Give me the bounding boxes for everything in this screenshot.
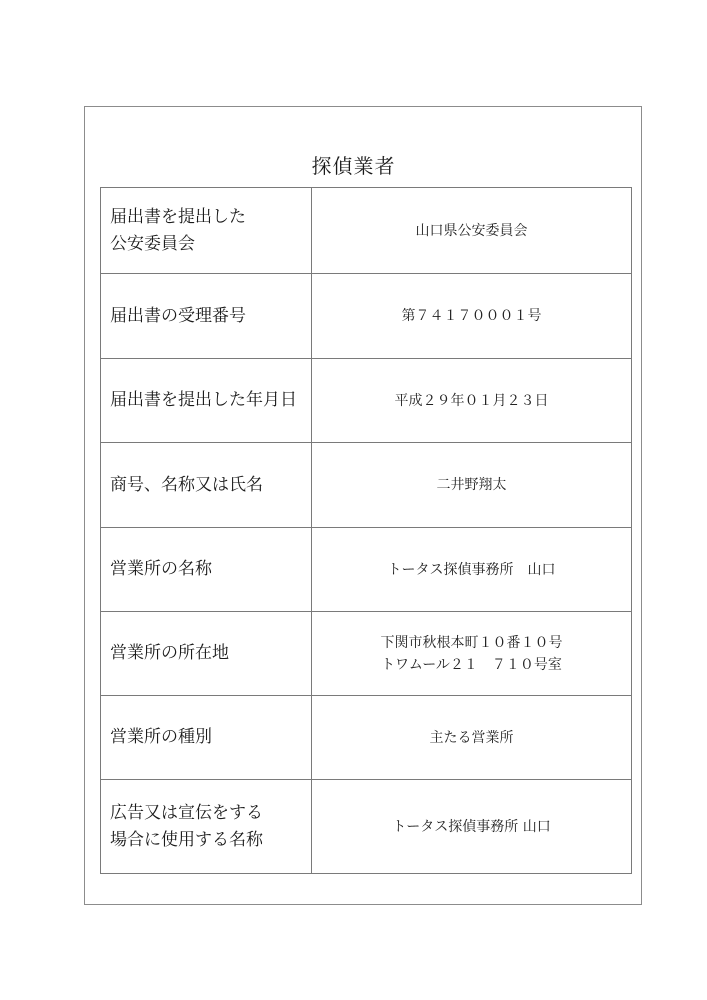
label-line: 届出書を提出した [110,204,307,231]
row-label: 広告又は宣伝をする 場合に使用する名称 [101,780,312,874]
table-row-receipt-number: 届出書の受理番号 第７４１７０００１号 [101,274,632,359]
label-line: 広告又は宣伝をする [110,800,307,827]
value-line: 山口県公安委員会 [312,220,631,242]
table-row-office-address: 営業所の所在地 下関市秋根本町１０番１０号 トワムール２１ ７１０号室 [101,612,632,696]
value-line: トワムール２１ ７１０号室 [312,654,631,676]
row-value: 主たる営業所 [312,696,632,780]
value-line: 主たる営業所 [312,727,631,749]
row-value: 平成２９年０１月２３日 [312,359,632,443]
table-row-commission: 届出書を提出した 公安委員会 山口県公安委員会 [101,188,632,274]
label-line: 営業所の名称 [110,556,307,583]
value-line: トータス探偵事務所 山口 [312,559,631,581]
table-row-office-name: 営業所の名称 トータス探偵事務所 山口 [101,528,632,612]
row-value: トータス探偵事務所 山口 [312,528,632,612]
row-value: 山口県公安委員会 [312,188,632,274]
row-label: 商号、名称又は氏名 [101,443,312,528]
label-line: 届出書の受理番号 [110,303,307,330]
table-row-office-type: 営業所の種別 主たる営業所 [101,696,632,780]
row-value: 下関市秋根本町１０番１０号 トワムール２１ ７１０号室 [312,612,632,696]
registration-table: 届出書を提出した 公安委員会 山口県公安委員会 届出書の受理番号 第７４１７００… [100,187,632,874]
table-row-submission-date: 届出書を提出した年月日 平成２９年０１月２３日 [101,359,632,443]
row-value: トータス探偵事務所 山口 [312,780,632,874]
table-row-trade-name: 商号、名称又は氏名 二井野翔太 [101,443,632,528]
label-line: 商号、名称又は氏名 [110,472,307,499]
row-label: 届出書の受理番号 [101,274,312,359]
value-line: 下関市秋根本町１０番１０号 [312,632,631,654]
row-value: 二井野翔太 [312,443,632,528]
label-line: 場合に使用する名称 [110,827,307,854]
value-line: 平成２９年０１月２３日 [312,390,631,412]
row-label: 届出書を提出した年月日 [101,359,312,443]
document-title: 探偵業者 [0,150,707,179]
row-label: 営業所の種別 [101,696,312,780]
value-line: 二井野翔太 [312,474,631,496]
row-value: 第７４１７０００１号 [312,274,632,359]
value-line: 第７４１７０００１号 [312,305,631,327]
value-line: トータス探偵事務所 山口 [312,816,631,838]
row-label: 営業所の所在地 [101,612,312,696]
row-label: 届出書を提出した 公安委員会 [101,188,312,274]
label-line: 営業所の所在地 [110,640,307,667]
table-row-advertising-name: 広告又は宣伝をする 場合に使用する名称 トータス探偵事務所 山口 [101,780,632,874]
label-line: 届出書を提出した年月日 [110,387,307,414]
label-line: 公安委員会 [110,231,307,258]
row-label: 営業所の名称 [101,528,312,612]
label-line: 営業所の種別 [110,724,307,751]
